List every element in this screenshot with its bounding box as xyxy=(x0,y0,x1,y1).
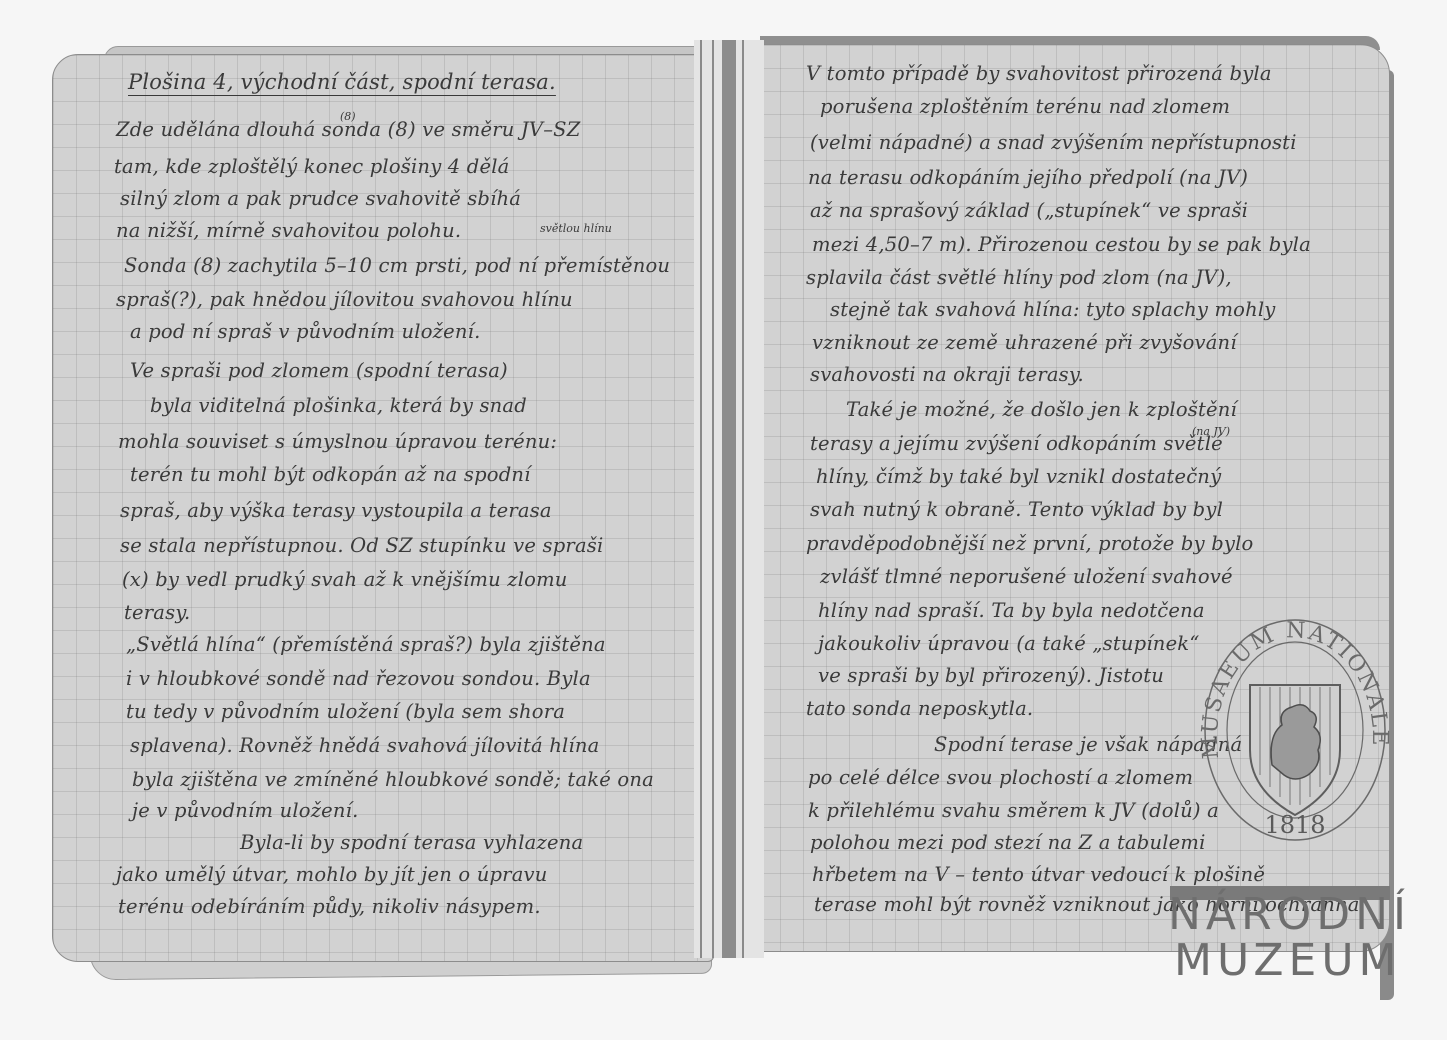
page-title: Plošina 4, východní část, spodní terasa. xyxy=(128,70,556,94)
handwritten-line: na nižší, mírně svahovitou polohu. xyxy=(116,219,461,242)
logo-line-2: MUZEUM xyxy=(1174,938,1402,984)
handwritten-line: jako umělý útvar, mohlo by jít jen o úpr… xyxy=(116,863,548,886)
handwritten-line: hlíny nad spraší. Ta by byla nedotčena xyxy=(818,599,1205,622)
handwritten-line: svahovosti na okraji terasy. xyxy=(810,363,1084,386)
handwritten-line: splavila část světlé hlíny pod zlom (na … xyxy=(806,266,1232,289)
handwritten-line: spraš(?), pak hnědou jílovitou svahovou … xyxy=(116,288,573,311)
notebook-spine xyxy=(694,40,764,958)
spine-gutter xyxy=(722,40,736,958)
handwritten-line: Spodní terase je však nápadná xyxy=(934,733,1242,756)
torn-edge xyxy=(700,40,702,958)
above-line-insert: (na JV) xyxy=(1192,425,1230,438)
handwritten-line: Také je možné, že došlo jen k zploštění xyxy=(846,398,1237,421)
stamp-year: 1818 xyxy=(1264,811,1325,839)
handwritten-line: na terasu odkopáním jejího předpolí (na … xyxy=(808,166,1248,189)
handwritten-line: porušena zploštěním terénu nad zlomem xyxy=(820,95,1230,118)
handwritten-line: hřbetem na V – tento útvar vedoucí k plo… xyxy=(812,863,1265,886)
handwritten-line: tato sonda neposkytla. xyxy=(806,697,1033,720)
handwritten-line: V tomto případě by svahovitost přirozená… xyxy=(806,62,1272,85)
handwritten-line: terasy. xyxy=(124,601,190,624)
handwritten-line: i v hloubkové sondě nad řezovou sondou. … xyxy=(126,667,591,690)
handwritten-line: spraš, aby výška terasy vystoupila a ter… xyxy=(120,499,552,522)
handwritten-line: byla zjištěna ve zmíněné hloubkové sondě… xyxy=(132,768,654,791)
handwritten-line: svah nutný k obraně. Tento výklad by byl xyxy=(810,498,1223,521)
handwritten-line: (velmi nápadné) a snad zvýšením nepřístu… xyxy=(810,131,1297,154)
handwritten-line: stejně tak svahová hlína: tyto splachy m… xyxy=(830,298,1276,321)
handwritten-line: po celé délce svou plochostí a zlomem xyxy=(808,766,1193,789)
handwritten-line: tam, kde zploštělý konec plošiny 4 dělá xyxy=(114,155,510,178)
museum-stamp: MUSAEUM NATIONALE 1818 xyxy=(1200,615,1390,845)
handwritten-line: terasy a jejímu zvýšení odkopáním světlé xyxy=(810,432,1223,455)
handwritten-line: terén tu mohl být odkopán až na spodní xyxy=(130,463,531,486)
handwritten-line: „Světlá hlína“ (přemístěná spraš?) byla … xyxy=(126,633,606,656)
sonda-number-annotation: (8) xyxy=(340,110,356,123)
handwritten-line: až na sprašový základ („stupínek“ ve spr… xyxy=(810,199,1248,222)
logo-line-1: NÁRODNÍ xyxy=(1168,892,1411,938)
torn-edge xyxy=(712,40,714,958)
handwritten-line: zvlášť tlmné neporušené uložení svahové xyxy=(820,565,1233,588)
handwritten-line: a pod ní spraš v původním uložení. xyxy=(130,320,481,343)
handwritten-line: splavena). Rovněž hnědá svahová jílovitá… xyxy=(130,734,599,757)
handwritten-line: jakoukoliv úpravou (a také „stupínek“ xyxy=(818,632,1200,655)
handwritten-line: (x) by vedl prudký svah až k vnějšímu zl… xyxy=(122,568,568,591)
handwritten-line: Byla-li by spodní terasa vyhlazena xyxy=(240,831,583,854)
torn-edge xyxy=(742,40,744,958)
handwritten-line: polohou mezi pod stezí na Z a tabulemi xyxy=(810,831,1206,854)
handwritten-line: ve spraši by byl přirozený). Jistotu xyxy=(818,664,1164,687)
handwritten-line: se stala nepřístupnou. Od SZ stupínku ve… xyxy=(120,534,603,557)
handwritten-line: je v původním uložení. xyxy=(132,799,359,822)
handwritten-line: mohla souviset s úmyslnou úpravou terénu… xyxy=(118,430,557,453)
handwritten-line: byla viditelná plošinka, která by snad xyxy=(150,394,527,417)
handwritten-line: silný zlom a pak prudce svahovitě sbíhá xyxy=(120,187,521,210)
handwritten-line: pravděpodobnější než první, protože by b… xyxy=(806,532,1253,555)
handwritten-line: k přilehlému svahu směrem k JV (dolů) a xyxy=(808,799,1219,822)
handwritten-line: Sonda (8) zachytila 5–10 cm prsti, pod n… xyxy=(124,254,670,277)
above-line-insert: světlou hlínu xyxy=(540,222,612,235)
handwritten-line: vzniknout ze země uhrazené při zvyšování xyxy=(812,331,1237,354)
handwritten-line: tu tedy v původním uložení (byla sem sho… xyxy=(126,700,565,723)
handwritten-line: hlíny, čímž by také byl vznikl dostatečn… xyxy=(816,465,1221,488)
handwritten-line: mezi 4,50–7 m). Přirozenou cestou by se … xyxy=(812,233,1311,256)
handwritten-line: terénu odebíráním půdy, nikoliv násypem. xyxy=(118,895,541,918)
handwritten-line: Ve spraši pod zlomem (spodní terasa) xyxy=(130,359,508,382)
